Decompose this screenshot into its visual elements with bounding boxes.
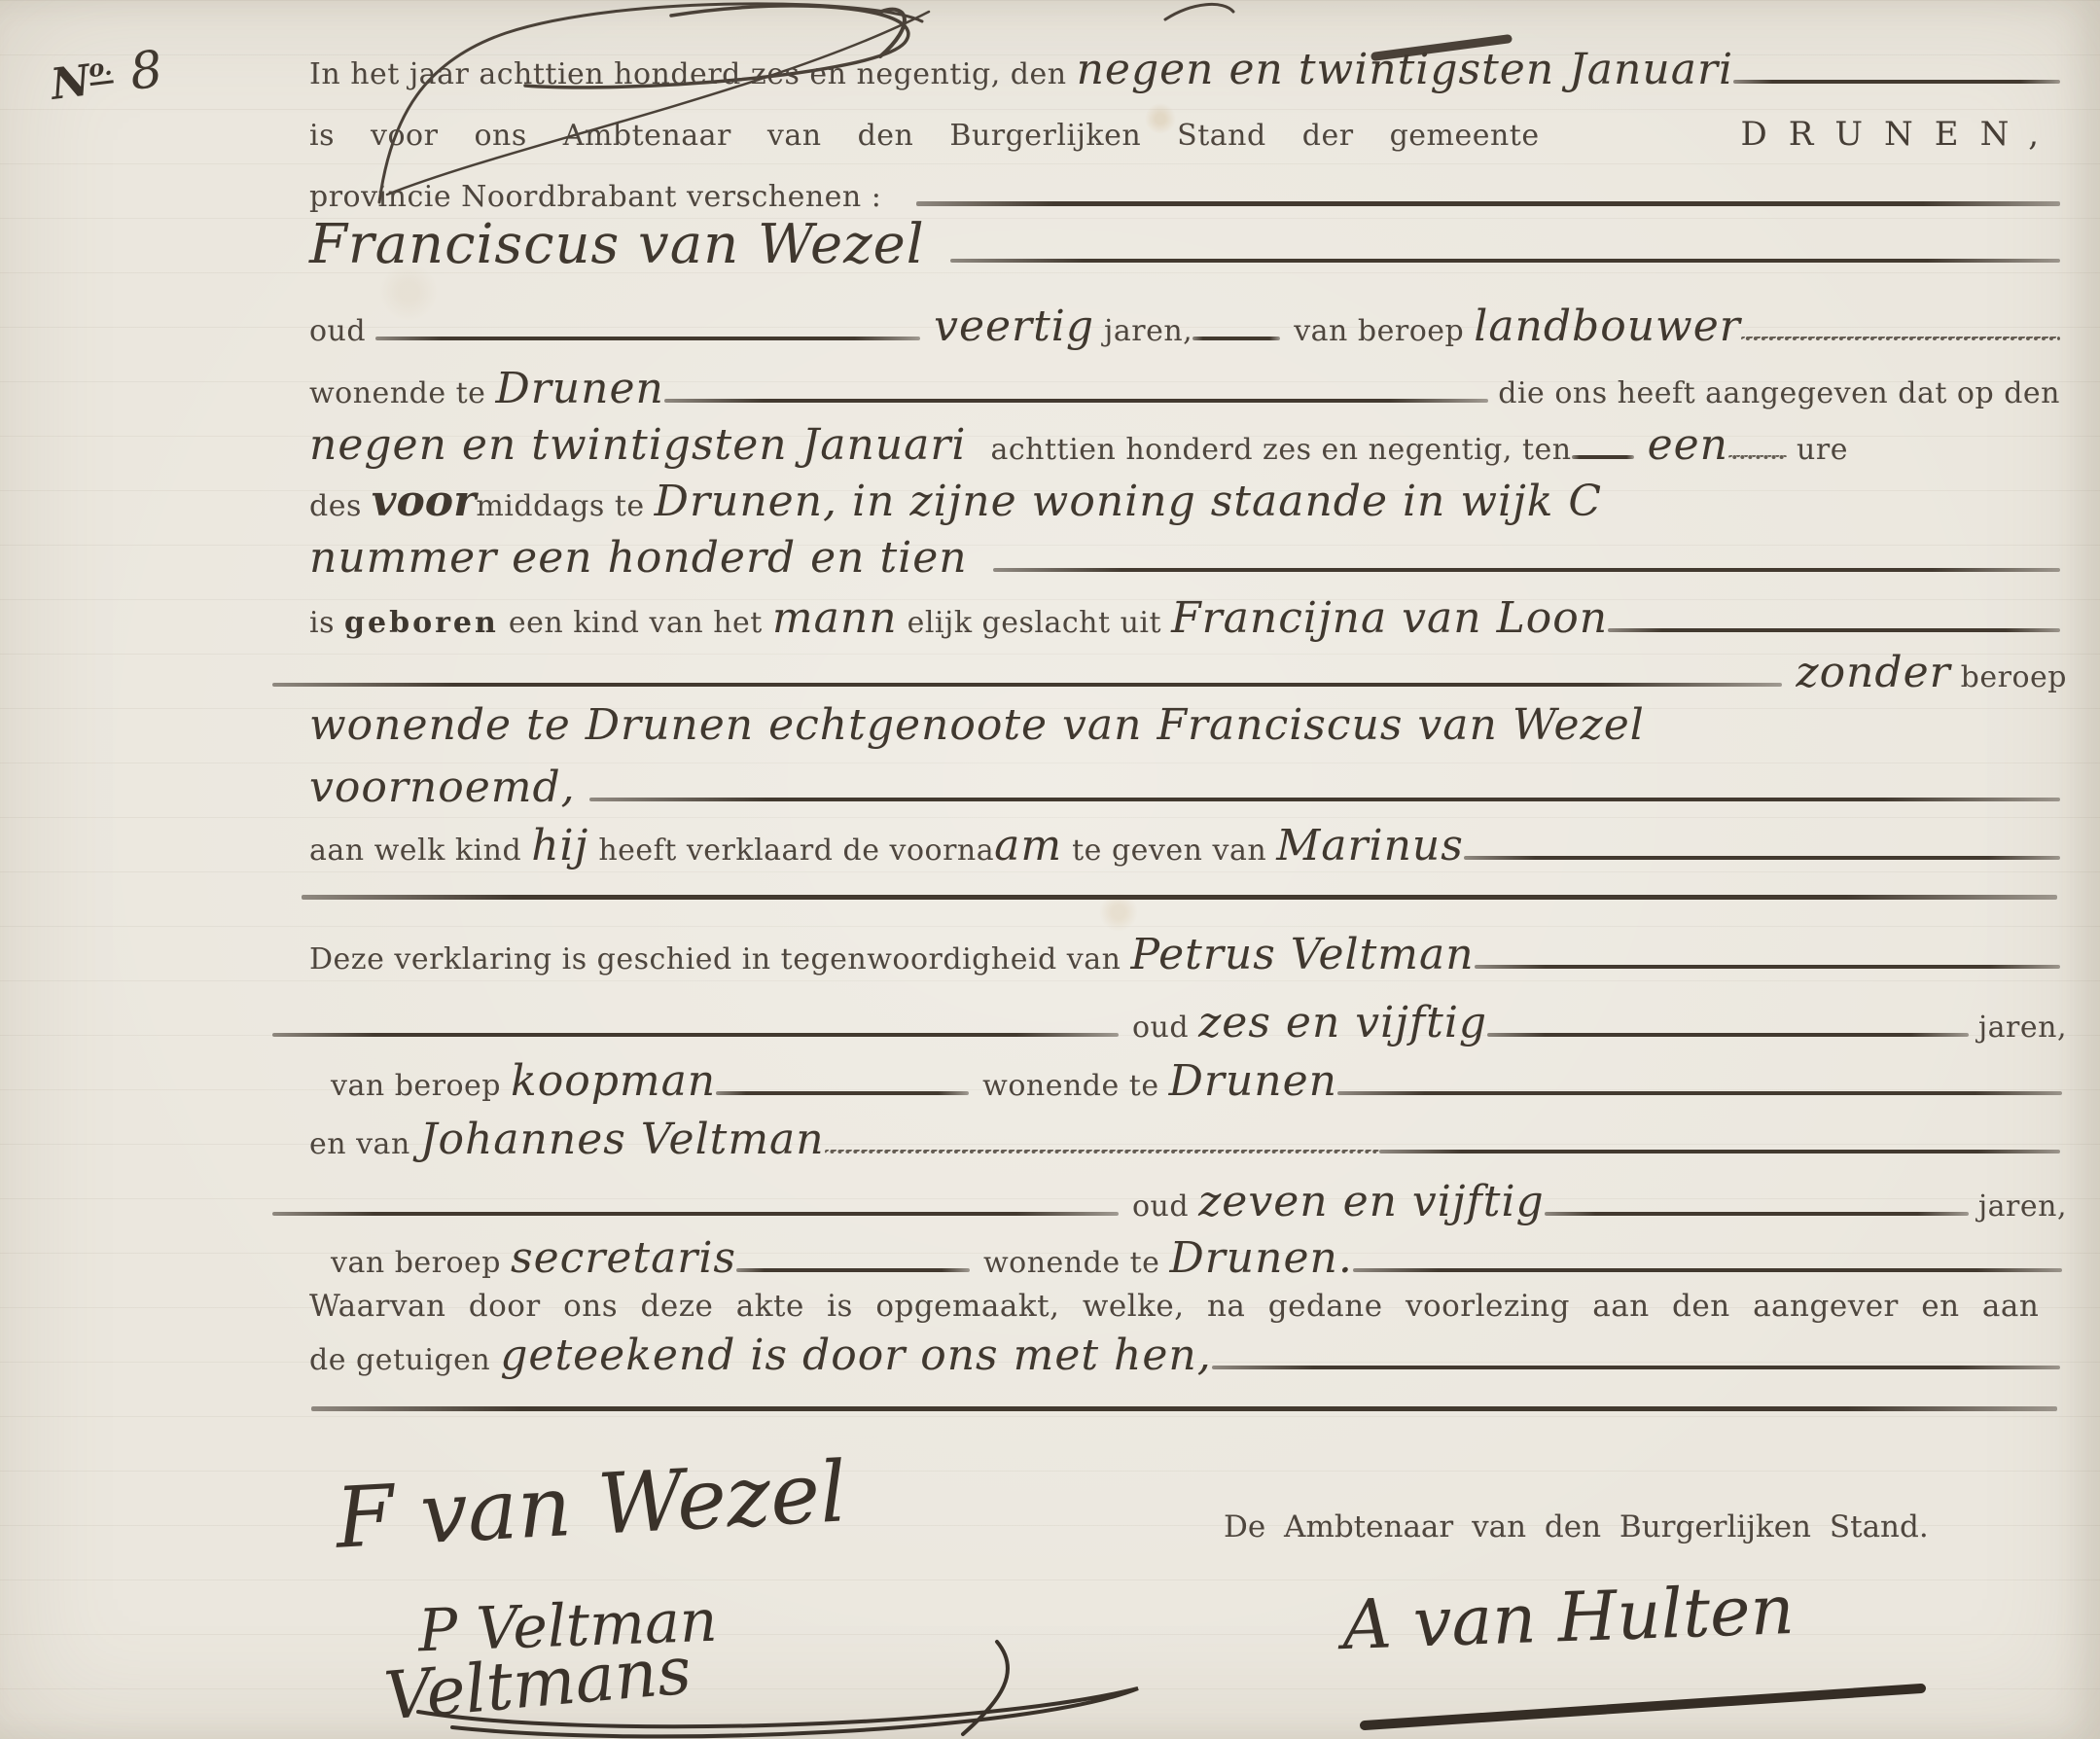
printed-jaren-3: jaren, xyxy=(1969,1192,2067,1222)
handwritten-voor: voor xyxy=(372,480,476,523)
handwritten-voornoemd: voornoemd, xyxy=(309,766,576,809)
printed-middags-te: middags te xyxy=(476,492,654,521)
printed-van-beroep: van beroep xyxy=(1294,317,1474,346)
handwritten-house-number: nummer een honderd en tien xyxy=(309,537,968,580)
fill-line xyxy=(664,399,1488,403)
fill-line xyxy=(1379,1150,2060,1153)
fill-line xyxy=(1572,455,1634,459)
handwritten-date: negen en twintigsten Januari xyxy=(1077,49,1733,91)
handwritten-witness1-profession: koopman xyxy=(511,1060,716,1103)
printed-verklaring-text: Deze verklaring is geschied in tegenwoor… xyxy=(309,945,1130,975)
fill-line xyxy=(1545,1212,1969,1216)
printed-beroep: beroep xyxy=(1951,663,2067,692)
fill-line xyxy=(916,201,2060,206)
fill-line xyxy=(736,1268,970,1272)
printed-van-beroep-2: van beroep xyxy=(331,1072,511,1101)
printed-oud-2: oud xyxy=(1132,1013,1198,1043)
handwritten-age: veertig xyxy=(934,305,1094,348)
line-witness2: en van Johannes Veltman xyxy=(309,1118,2060,1161)
line-provincie: provincie Noordbrabant verschenen : xyxy=(309,183,2060,212)
line-blank-rule-2 xyxy=(311,1406,2057,1413)
fill-line xyxy=(272,1212,1119,1216)
line-closing-1: Waarvan door ons deze akte is opgemaakt,… xyxy=(309,1292,2060,1322)
handwritten-am: am xyxy=(994,825,1062,868)
line-age-profession: oud veertig jaren, van beroep landbouwer xyxy=(309,305,2060,348)
handwritten-witness2-residence: Drunen. xyxy=(1169,1237,1352,1280)
fill-line xyxy=(1337,1091,2062,1095)
handwritten-witness2-age: zeven en vijftig xyxy=(1198,1181,1545,1224)
fill-line xyxy=(1733,80,2060,84)
printed-wonende-te-3: wonende te xyxy=(983,1249,1169,1278)
printed-year-text: In het jaar achttien honderd zes en nege… xyxy=(309,60,1077,89)
handwritten-mother-name: Francijna van Loon xyxy=(1171,597,1608,640)
fill-line xyxy=(1353,1268,2062,1272)
fill-line-dotted xyxy=(1728,455,1787,459)
handwritten-witness2-name: Johannes Veltman xyxy=(420,1118,825,1161)
printed-is: is xyxy=(309,609,344,638)
fill-line xyxy=(272,683,1782,687)
printed-verklaard: heeft verklaard de voorna xyxy=(588,836,994,866)
printed-jaren-2: jaren, xyxy=(1969,1013,2067,1043)
fill-line xyxy=(272,1033,1119,1037)
document-page: No.8 In het jaar achttien honderd zes en… xyxy=(0,0,2100,1739)
printed-geboren: geboren xyxy=(344,609,499,638)
line-voornoemd: voornoemd, xyxy=(309,766,2060,809)
handwritten-witness1-age: zes en vijftig xyxy=(1198,1002,1487,1045)
line-year-date: In het jaar achttien honderd zes en nege… xyxy=(309,49,2060,91)
line-closing-2: de getuigen geteekend is door ons met he… xyxy=(309,1334,2060,1377)
handwritten-house-location: Drunen, in zijne woning staande in wijk … xyxy=(655,480,1602,523)
officer-title: De Ambtenaar van den Burgerlijken Stand. xyxy=(1224,1509,1929,1544)
handwritten-mother-residence: wonende te Drunen echtgenoote van Franci… xyxy=(309,704,1645,747)
printed-wonende-te: wonende te xyxy=(309,379,495,408)
printed-aangegeven-text: die ons heeft aangegeven dat op den xyxy=(1488,379,2060,408)
fill-line xyxy=(1212,1366,2060,1369)
handwritten-geteekend: geteekend is door ons met hen, xyxy=(500,1334,1212,1377)
signature-flourish xyxy=(360,1671,1167,1739)
line-mother-residence: wonende te Drunen echtgenoote van Franci… xyxy=(309,704,2060,747)
handwritten-residence: Drunen xyxy=(495,368,663,410)
act-number-value: 8 xyxy=(126,40,166,102)
printed-elijk-geslacht: elijk geslacht uit xyxy=(898,609,1172,638)
fill-line xyxy=(302,895,2057,900)
printed-wonende-te-2: wonende te xyxy=(982,1072,1168,1101)
printed-te-geven-van: te geven van xyxy=(1062,836,1276,866)
fill-line-dotted xyxy=(1741,337,2060,340)
printed-van-beroep-3: van beroep xyxy=(331,1249,511,1278)
line-blank-rule xyxy=(302,895,2057,902)
line-birthplace: des voor middags te Drunen, in zijne won… xyxy=(309,480,2060,523)
printed-year-2: achttien honderd zes en negentig, ten xyxy=(980,436,1571,465)
handwritten-birthdate: negen en twintigsten Januari xyxy=(309,424,980,467)
line-witness1-age: oud zes en vijftig jaren, xyxy=(272,1002,2067,1045)
printed-officer-text: is voor ons Ambtenaar van den Burgerlijk… xyxy=(309,122,1540,151)
line-witness1-profession: van beroep koopman wonende te Drunen xyxy=(331,1060,2062,1103)
printed-en-van: en van xyxy=(309,1130,420,1159)
line-house-number: nummer een honderd en tien xyxy=(309,537,2060,580)
fill-line xyxy=(716,1091,969,1095)
act-number-label: N xyxy=(49,55,93,110)
fill-line xyxy=(993,568,2060,572)
fill-line xyxy=(1487,1033,1969,1037)
line-gemeente: is voor ons Ambtenaar van den Burgerlijk… xyxy=(309,115,2060,154)
handwritten-zonder: zonder xyxy=(1796,652,1950,694)
handwritten-hour: een xyxy=(1648,424,1728,467)
fill-line xyxy=(1475,965,2060,969)
line-residence: wonende te Drunen die ons heeft aangegev… xyxy=(309,368,2060,410)
handwritten-witness2-profession: secretaris xyxy=(511,1237,736,1280)
handwritten-declarant-name: Franciscus van Wezel xyxy=(309,218,925,272)
fill-line xyxy=(1464,856,2060,860)
fill-line xyxy=(375,337,920,340)
line-witness2-age: oud zeven en vijftig jaren, xyxy=(272,1181,2067,1224)
line-witness2-profession: van beroep secretaris wonende te Drunen. xyxy=(331,1237,2062,1280)
printed-kind-van-het: een kind van het xyxy=(499,609,772,638)
gemeente-name: DRUNEN, xyxy=(1741,115,2060,154)
fill-line xyxy=(1608,628,2060,632)
line-birthdate: negen en twintigsten Januari achttien ho… xyxy=(309,424,2060,467)
printed-de-getuigen: de getuigen xyxy=(309,1346,500,1375)
handwritten-profession: landbouwer xyxy=(1474,305,1741,348)
line-declarant-name: Franciscus van Wezel xyxy=(309,218,2060,286)
line-geboren: is geboren een kind van het mann elijk g… xyxy=(309,597,2060,640)
fill-line xyxy=(589,798,2060,801)
officer-underline xyxy=(1357,1677,1940,1735)
handwritten-witness1-name: Petrus Veltman xyxy=(1130,934,1474,976)
handwritten-witness1-residence: Drunen xyxy=(1169,1060,1337,1103)
printed-aan-welk-kind: aan welk kind xyxy=(309,836,531,866)
printed-jaren: jaren, xyxy=(1094,317,1192,346)
handwritten-child-name: Marinus xyxy=(1276,825,1464,868)
handwritten-hij: hij xyxy=(531,825,588,868)
signature-declarant: F van Wezel xyxy=(334,1450,848,1560)
line-witness1: Deze verklaring is geschied in tegenwoor… xyxy=(309,934,2060,976)
printed-des: des xyxy=(309,492,372,521)
printed-closing-text: Waarvan door ons deze akte is opgemaakt,… xyxy=(309,1292,2039,1322)
fill-line xyxy=(1192,337,1280,340)
fill-line-dotted xyxy=(825,1150,1379,1153)
printed-provincie-text: provincie Noordbrabant verschenen : xyxy=(309,183,891,212)
signature-officer: A van Hulten xyxy=(1341,1576,1796,1659)
fill-line xyxy=(311,1406,2057,1411)
printed-ure: ure xyxy=(1787,436,1848,465)
printed-oud: oud xyxy=(309,317,375,346)
fill-line xyxy=(950,259,2060,263)
act-number-label-sup: o. xyxy=(87,52,114,86)
handwritten-gender: mann xyxy=(772,597,898,640)
line-mother-profession: zonder beroep xyxy=(272,652,2067,694)
printed-oud-3: oud xyxy=(1132,1192,1198,1222)
line-child-name: aan welk kind hij heeft verklaard de voo… xyxy=(309,825,2060,868)
